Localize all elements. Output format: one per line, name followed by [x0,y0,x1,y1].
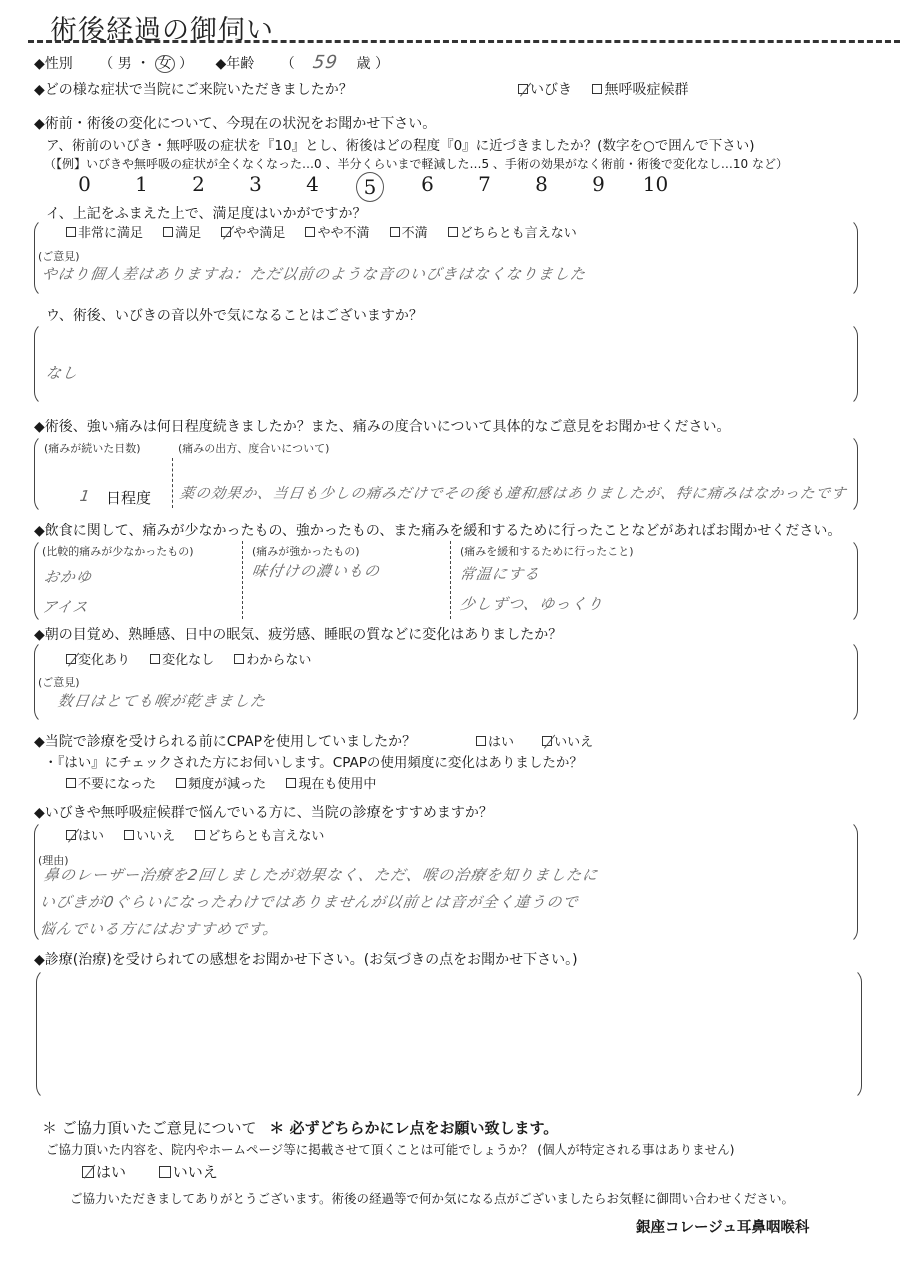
checkbox[interactable] [66,778,76,788]
pain-detail[interactable]: 薬の効果か、当日も少しの痛みだけでその後も違和感はありましたが、特に痛みはなかっ… [179,482,848,503]
satisfaction-options: 非常に満足 満足 やや満足 やや不満 不満 どちらとも言えない [66,222,593,241]
checkbox[interactable] [150,654,160,664]
checkbox[interactable] [221,227,231,237]
change-question-a: ア、術前のいびき・無呼吸の症状を『10』とし、術後はどの程度『0』に近づきました… [46,134,755,154]
consent-heading-right: ＊ 必ずどちらかにレ点をお願い致します。 [269,1119,558,1137]
cpap-option-still-using[interactable]: 現在も使用中 [286,773,376,792]
recommend-option-no[interactable]: いいえ [124,825,175,844]
food-col3-line-2[interactable]: 少しずつ、ゆっくり [459,593,605,614]
pain-question: ◆術後、強い痛みは何日程度続きましたか？また、痛みの度合いについて具体的なご意見… [34,416,730,436]
scale-5-selected[interactable]: 5 [356,172,384,202]
gender-label: ◆性別 [34,56,73,72]
sleep-option-changed[interactable]: 変化あり [66,649,130,668]
food-question: ◆飲食に関して、痛みが少なかったもの、強かったもの、また痛みを緩和するために行っ… [34,520,841,540]
sleep-comment-label: (ご意見) [38,674,80,690]
cpap-option-no[interactable]: いいえ [542,731,593,750]
food-divider-1 [242,541,243,619]
title-divider [28,40,900,43]
checkbox[interactable] [448,227,458,237]
other-concerns-answer[interactable]: なし [45,362,80,383]
scale-3[interactable]: 3 [227,172,284,202]
change-heading: ◆術前・術後の変化について、今現在の状況をお聞かせ下さい。 [34,113,436,133]
recommend-reason-line-1[interactable]: 鼻のレーザー治療を2回しましたが効果なく、ただ、喉の治療を知りましたに [43,864,600,885]
scale-9[interactable]: 9 [570,172,627,202]
symptom-option-snoring[interactable]: いびき [518,79,572,99]
checkbox[interactable] [286,778,296,788]
age-unit: 歳 [357,56,371,72]
scale-4[interactable]: 4 [284,172,341,202]
sleep-option-unknown[interactable]: わからない [234,649,311,668]
food-col3-label: (痛みを緩和するために行ったこと) [460,543,634,559]
gender-option-male[interactable]: 男 [118,56,132,72]
cpap-option-unneeded[interactable]: 不要になった [66,773,156,792]
cpap-option-yes[interactable]: はい [476,731,514,750]
checkbox[interactable] [195,830,205,840]
satisfaction-option-neutral[interactable]: どちらとも言えない [448,222,577,241]
scale-10[interactable]: 10 [627,172,684,202]
scale-0[interactable]: 0 [56,172,113,202]
clinic-name: 銀座コレージュ耳鼻咽喉科 [636,1216,809,1237]
recommend-question: ◆いびきや無呼吸症候群で悩んでいる方に、当院の診療をすすめますか？ [34,802,493,822]
satisfaction-comment[interactable]: やはり個人差はありますね：ただ以前のような音のいびきはなくなりました [41,263,588,284]
cpap-option-reduced[interactable]: 頻度が減った [176,773,266,792]
cpap-question: ◆当院で診療を受けられる前にCPAPを使用していましたか？ [34,731,416,751]
scale-7[interactable]: 7 [456,172,513,202]
consent-option-no[interactable]: いいえ [159,1161,218,1182]
impressions-question: ◆診療(治療)を受けられての感想をお聞かせ下さい。(お気づきの点をお聞かせ下さい… [34,949,578,969]
cpap-options: はい いいえ [476,731,609,750]
scale-1[interactable]: 1 [113,172,170,202]
pain-divider [172,458,173,508]
symptom-options: いびき 無呼吸症候群 [518,79,704,99]
symptom-question: ◆どの様な症状で当院にご来院いただきましたか？ [34,79,353,99]
checkbox[interactable] [124,830,134,840]
sleep-comment[interactable]: 数日はとても喉が乾きました [57,690,268,711]
consent-option-yes[interactable]: はい [82,1161,126,1182]
consent-thanks: ご協力いただきましてありがとうございます。術後の経過等で何か気になる点がございま… [70,1189,794,1207]
satisfaction-comment-label: (ご意見) [38,248,80,264]
checkbox[interactable] [82,1166,94,1178]
satisfaction-option-very-satisfied[interactable]: 非常に満足 [66,222,143,241]
satisfaction-option-satisfied[interactable]: 満足 [163,222,201,241]
consent-question: ご協力頂いた内容を、院内やホームページ等に掲載させて頂くことは可能でしょうか？ … [46,1140,734,1158]
recommend-option-neutral[interactable]: どちらとも言えない [195,825,324,844]
scale-6[interactable]: 6 [399,172,456,202]
satisfaction-option-somewhat-dissatisfied[interactable]: やや不満 [305,222,369,241]
checkbox[interactable] [476,736,486,746]
other-concerns-box [34,322,858,406]
food-divider-2 [450,541,451,619]
food-col1-line-1[interactable]: おかゆ [43,566,94,587]
satisfaction-option-somewhat-satisfied[interactable]: やや満足 [221,222,285,241]
sleep-options: 変化あり 変化なし わからない [66,649,327,668]
checkbox[interactable] [159,1166,171,1178]
recommend-reason-line-2[interactable]: いびきが0ぐらいになったわけではありませんが以前とは音が全く違うので [39,891,581,912]
gender-option-female[interactable]: 女 [155,55,175,73]
recommend-option-yes[interactable]: はい [66,825,104,844]
checkbox[interactable] [176,778,186,788]
symptom-option-apnea[interactable]: 無呼吸症候群 [592,79,688,99]
consent-heading-left: ＊ ご協力頂いたご意見について [42,1119,256,1137]
age-value[interactable]: 59 [312,52,340,73]
checkbox[interactable] [66,227,76,237]
food-col2-line-1[interactable]: 味付けの濃いもの [251,560,382,581]
checkbox[interactable] [518,84,528,94]
change-example: （【例】いびきや無呼吸の症状が全くなくなった…0 、半分くらいまで軽減した…5 … [44,155,788,172]
consent-options: はい いいえ [82,1161,234,1182]
checkbox[interactable] [592,84,602,94]
consent-heading: ＊ ご協力頂いたご意見について ＊ 必ずどちらかにレ点をお願い致します。 [42,1117,558,1138]
impressions-box[interactable] [36,968,862,1100]
food-col2-label: (痛みが強かったもの) [252,543,360,559]
recommend-reason-line-3[interactable]: 悩んでいる方にはおすすめです。 [39,918,281,939]
cpap-followup: ・『はい』にチェックされた方にお伺いします。CPAPの使用頻度に変化はありました… [44,751,583,771]
pain-detail-label: (痛みの出方、度合いについて) [178,440,329,456]
cpap-followup-options: 不要になった 頻度が減った 現在も使用中 [66,773,392,792]
checkbox[interactable] [66,830,76,840]
scale-8[interactable]: 8 [513,172,570,202]
recommend-options: はい いいえ どちらとも言えない [66,825,340,844]
age-label: ◆年齢 [216,56,255,72]
food-col1-label: (比較的痛みが少なかったもの) [42,543,194,559]
food-col1-line-2[interactable]: アイス [41,596,90,617]
gender-row: ◆性別 （ 男 ・ 女 ） ◆年齢 （ 59 歳 ） [34,52,389,73]
checkbox[interactable] [305,227,315,237]
severity-scale: 0 1 2 3 4 5 6 7 8 9 10 [56,172,684,202]
checkbox[interactable] [542,736,552,746]
food-col3-line-1[interactable]: 常温にする [459,563,542,584]
sleep-option-no-change[interactable]: 変化なし [150,649,214,668]
scale-2[interactable]: 2 [170,172,227,202]
pain-days-label: (痛みが続いた日数) [44,440,141,456]
satisfaction-option-dissatisfied[interactable]: 不満 [390,222,428,241]
pain-days-unit: 日程度 [106,487,151,508]
checkbox[interactable] [390,227,400,237]
checkbox[interactable] [234,654,244,664]
checkbox[interactable] [66,654,76,664]
checkbox[interactable] [163,227,173,237]
